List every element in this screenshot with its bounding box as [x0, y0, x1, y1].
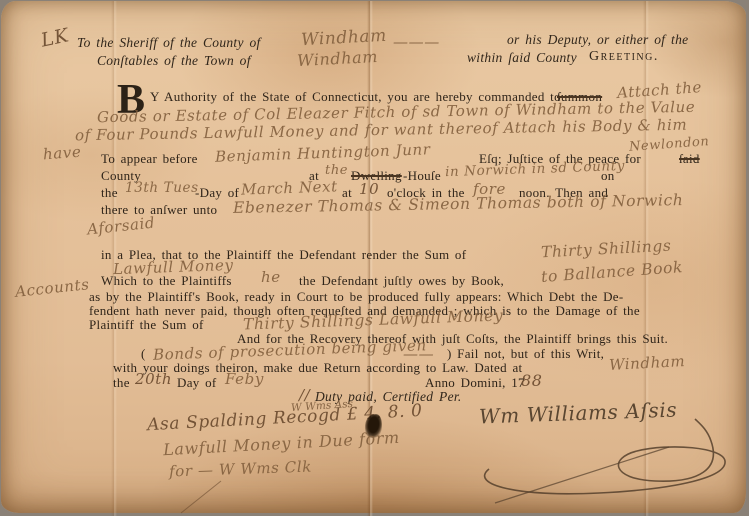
- on-word: on: [601, 168, 615, 184]
- year-handwritten: 88: [521, 371, 543, 390]
- at-the-handwritten: the: [325, 163, 348, 178]
- appear-handwritten-name: Benjamin Huntington Junr: [215, 140, 431, 166]
- margin-note-accounts: Accounts: [14, 275, 90, 301]
- fold-crease-right: [643, 1, 649, 516]
- header-line2-printed: Conſtables of the Town of: [97, 53, 251, 69]
- month-handwritten: March Next: [241, 177, 338, 198]
- header-greeting: Greeting.: [589, 49, 659, 65]
- house-location-handwritten: in Norwich in sd County: [445, 158, 625, 180]
- plea-line2a-printed: Which to the Plaintiffs: [101, 273, 232, 289]
- dayof-printed: Day of: [177, 375, 217, 391]
- date-handwritten: 20th: [135, 370, 172, 388]
- answer-printed: there to anſwer unto: [101, 202, 217, 218]
- header-right2: within ſaid County: [467, 50, 577, 66]
- header-line1-printed: To the Sheriff of the County of: [77, 35, 261, 51]
- day-handwritten: 13th Tues: [125, 180, 199, 196]
- docket-mark: LK: [39, 24, 71, 51]
- signature-william-williams: Wm Williams Aſsis: [479, 398, 678, 429]
- margin-note-have: have: [42, 143, 82, 164]
- time-handwritten: 10: [359, 180, 379, 198]
- the-word: the: [101, 185, 118, 201]
- stray-pen-stroke: [171, 477, 231, 516]
- aged-paper-document: LK To the Sheriff of the County of Windh…: [1, 1, 746, 513]
- plea-line5-printed: Plaintiff the Sum of: [89, 317, 204, 333]
- plea-line2b-printed: the Defendant juſtly owes by Book,: [299, 273, 504, 289]
- month2-handwritten: Feby: [225, 370, 264, 388]
- house-printed: -Houſe: [403, 168, 441, 184]
- header-right1: or his Deputy, or either of the: [507, 32, 688, 48]
- the2-printed: the: [113, 375, 130, 391]
- header-line1-dash: ———: [393, 33, 440, 51]
- return-line-printed: with your doings theiron, make due Retur…: [113, 360, 522, 376]
- appear-struck-said: ſaid: [679, 151, 700, 167]
- dated-place-handwritten: Windham: [609, 352, 686, 374]
- header-line2-handwritten: Windham: [297, 47, 379, 70]
- plea-ballance-handwritten: to Ballance Book: [541, 258, 684, 286]
- aforsaid-handwritten: Aforsaid: [86, 213, 156, 238]
- appear-printed: To appear before: [101, 151, 198, 167]
- for-clerk-handwritten: for — W Wms Clk: [169, 458, 312, 481]
- plea-line1-handwritten: Thirty Shillings: [541, 237, 672, 262]
- plea-he-handwritten: he: [261, 268, 281, 286]
